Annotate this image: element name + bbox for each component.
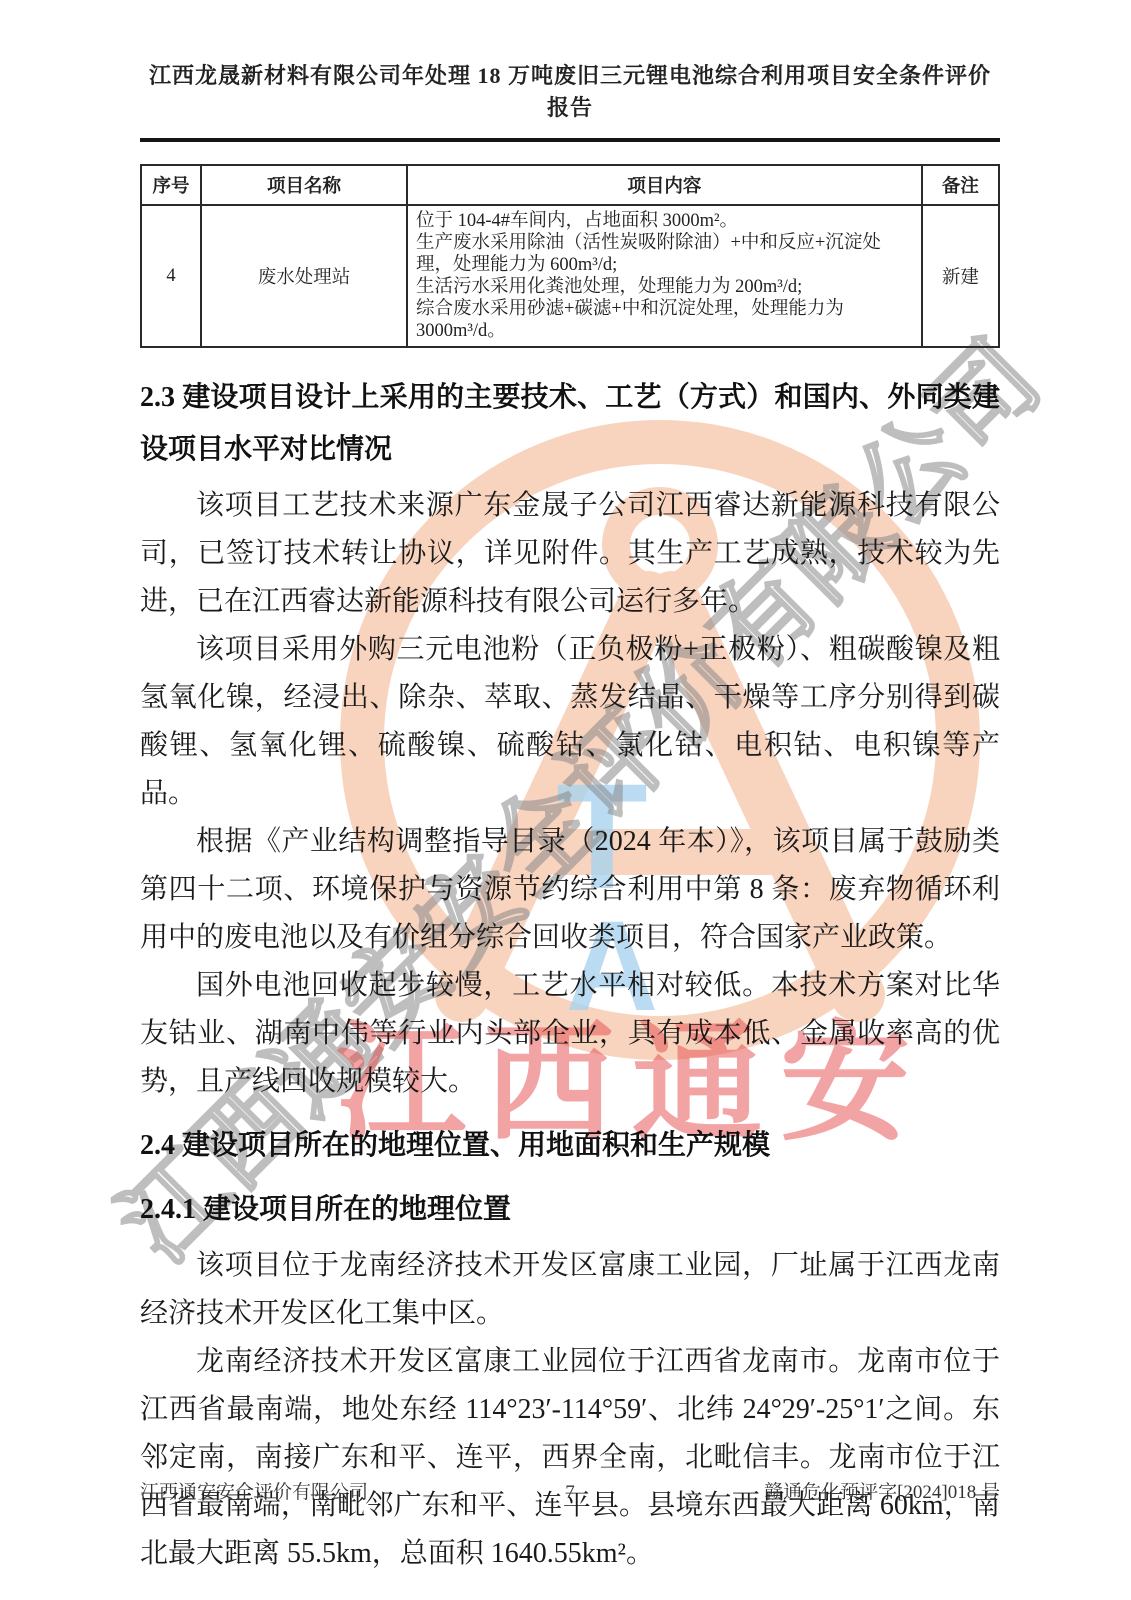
section-heading-2-4: 2.4 建设项目所在的地理位置、用地面积和生产规模 — [140, 1120, 1000, 1172]
col-header-name: 项目名称 — [201, 165, 407, 205]
paragraph: 该项目位于龙南经济技术开发区富康工业园，厂址属于江西龙南经济技术开发区化工集中区… — [140, 1242, 1000, 1338]
document-content: 江西龙晟新材料有限公司年处理 18 万吨废旧三元锂电池综合利用项目安全条件评价报… — [0, 60, 1131, 1578]
paragraph: 龙南经济技术开发区富康工业园位于江西省龙南市。龙南市位于江西省最南端，地处东经 … — [140, 1338, 1000, 1578]
col-header-seq: 序号 — [141, 165, 201, 205]
doc-header-title: 江西龙晟新材料有限公司年处理 18 万吨废旧三元锂电池综合利用项目安全条件评价报… — [140, 60, 1000, 124]
page-footer: 江西通安安全评价有限公司 7 赣通危化预评字[2024]018 号 — [140, 1477, 1000, 1504]
footer-page-number: 7 — [565, 1482, 575, 1504]
footer-company-name: 江西通安安全评价有限公司 — [140, 1477, 565, 1504]
cell-name: 废水处理站 — [201, 205, 407, 347]
section-heading-2-3: 2.3 建设项目设计上采用的主要技术、工艺（方式）和国内、外同类建设项目水平对比… — [140, 372, 1000, 476]
paragraph: 该项目采用外购三元电池粉（正负极粉+正极粉）、粗碳酸镍及粗氢氧化镍，经浸出、除杂… — [140, 626, 1000, 818]
header-rule — [140, 138, 1000, 142]
cell-content: 位于 104-4#车间内，占地面积 3000m²。 生产废水采用除油（活性炭吸附… — [407, 205, 922, 347]
project-table: 序号 项目名称 项目内容 备注 4 废水处理站 位于 104-4#车间内，占地面… — [140, 164, 1000, 348]
col-header-content: 项目内容 — [407, 165, 922, 205]
content-line: 位于 104-4#车间内，占地面积 3000m²。 — [416, 210, 913, 232]
cell-seq: 4 — [141, 205, 201, 347]
paragraph: 国外电池回收起步较慢，工艺水平相对较低。本技术方案对比华友钴业、湖南中伟等行业内… — [140, 962, 1000, 1106]
paragraph: 根据《产业结构调整指导目录（2024 年本）》，该项目属于鼓励类第四十二项、环境… — [140, 818, 1000, 962]
table-header-row: 序号 项目名称 项目内容 备注 — [141, 165, 999, 205]
content-line: 生活污水采用化粪池处理，处理能力为 200m³/d; — [416, 276, 913, 298]
cell-note: 新建 — [922, 205, 999, 347]
paragraph: 该项目工艺技术来源广东金晟子公司江西睿达新能源科技有限公司，已签订技术转让协议，… — [140, 482, 1000, 626]
table-row: 4 废水处理站 位于 104-4#车间内，占地面积 3000m²。 生产废水采用… — [141, 205, 999, 347]
col-header-note: 备注 — [922, 165, 999, 205]
section-heading-2-4-1: 2.4.1 建设项目所在的地理位置 — [140, 1184, 1000, 1236]
footer-doc-number: 赣通危化预评字[2024]018 号 — [575, 1477, 1000, 1504]
report-page: T A 江西通安安全评价有限公司 江西通安 江西龙晟新材料有限公司年处理 18 … — [0, 0, 1131, 1600]
content-line: 综合废水采用砂滤+碳滤+中和沉淀处理，处理能力为 3000m³/d。 — [416, 298, 913, 342]
content-line: 生产废水采用除油（活性炭吸附除油）+中和反应+沉淀处理，处理能力为 600m³/… — [416, 232, 913, 276]
